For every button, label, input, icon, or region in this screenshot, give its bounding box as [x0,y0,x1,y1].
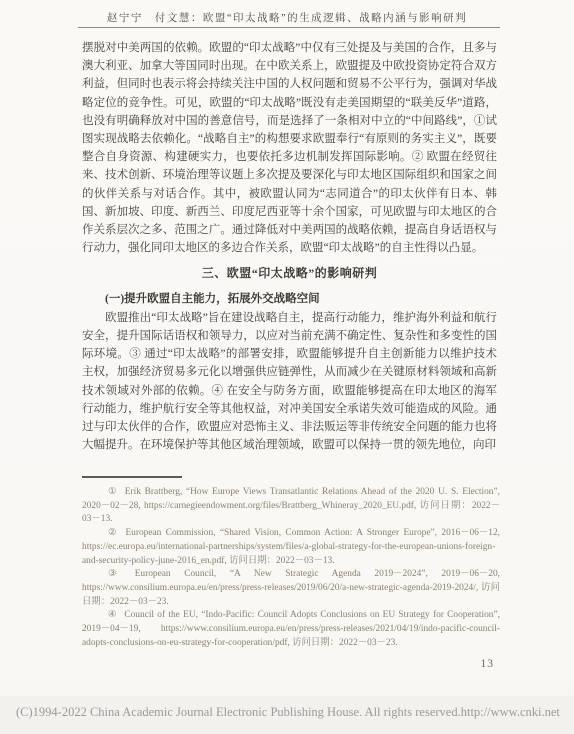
footnote-4-marker: ④ [108,610,117,620]
footnote-separator [82,476,182,478]
paragraph-continuation: 摆脱对中美两国的依赖。欧盟的“印太战略”中仅有三处提及与美国的合作，且多与澳大利… [82,39,497,257]
footer-url: http://www.cnki.net [461,705,560,720]
section-heading: 三、欧盟“印太战略”的影响研判 [82,264,497,282]
footnote-1-text: Erik Brattberg, “How Europe Views Transa… [82,487,500,524]
footer-copyright: (C)1994-2022 China Academic Journal Elec… [16,705,461,720]
footnote-1: ①Erik Brattberg, “How Europe Views Trans… [82,486,500,527]
footnote-2-marker: ② [108,528,118,538]
footnote-1-marker: ① [108,487,118,497]
footnote-4-text: Council of the EU, “Indo-Pacific: Counci… [82,610,500,647]
footnote-2-text: European Commission, “Shared Vision, Com… [82,528,500,565]
footnote-3-text: European Council, “A New Strategic Agend… [82,569,500,606]
running-header: 赵宁宁 付文慧：欧盟“印太战略”的生成逻辑、战略内涵与影响研判 [0,10,574,25]
journal-page: 赵宁宁 付文慧：欧盟“印太战略”的生成逻辑、战略内涵与影响研判 摆脱对中美两国的… [0,0,574,734]
page-number: 13 [481,658,495,670]
header-rule [78,27,500,28]
footnote-3-marker: ③ [108,569,128,579]
footnote-4: ④Council of the EU, “Indo-Pacific: Counc… [82,609,500,650]
scan-footer: (C)1994-2022 China Academic Journal Elec… [0,696,574,734]
paragraph-1: 欧盟推出“印太战略”旨在建设战略自主，提高行动能力，维护海外利益和航行安全，提升… [82,309,497,455]
footnote-3: ③European Council, “A New Strategic Agen… [82,568,500,609]
article-body: 摆脱对中美两国的依赖。欧盟的“印太战略”中仅有三处提及与美国的合作，且多与澳大利… [82,39,497,454]
footnote-2: ②European Commission, “Shared Vision, Co… [82,527,500,568]
footnotes: ①Erik Brattberg, “How Europe Views Trans… [82,486,500,650]
subsection-heading: (一)提升欧盟自主能力，拓展外交战略空间 [82,290,497,308]
